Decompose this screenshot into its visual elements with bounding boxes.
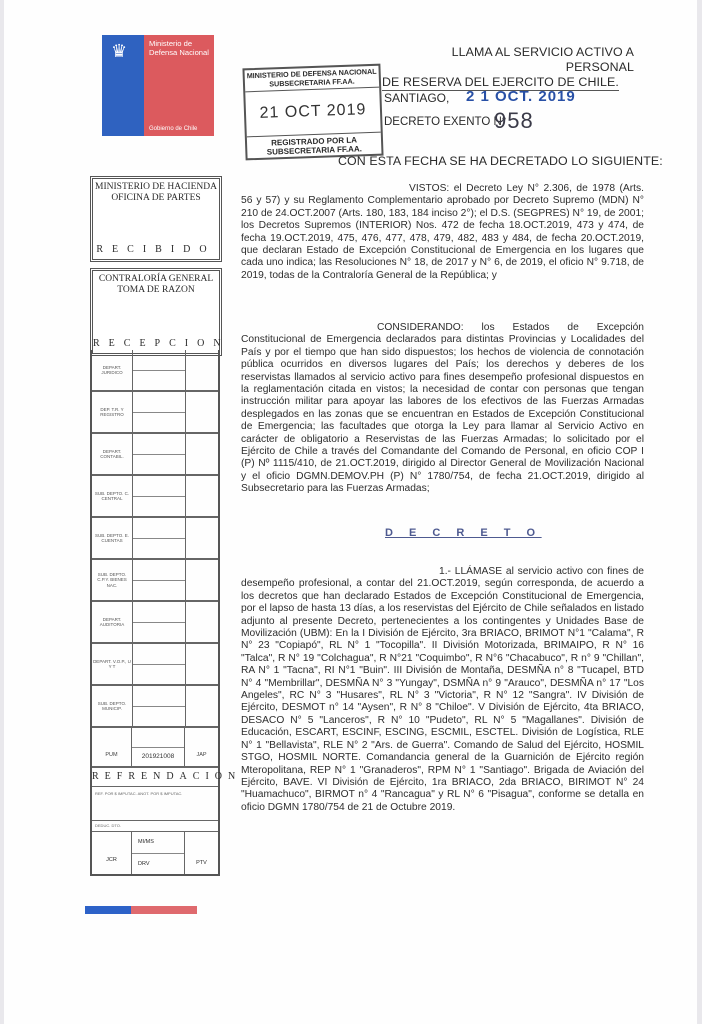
hacienda-stamp-box: MINISTERIO DE HACIENDA OFICINA DE PARTES…	[90, 176, 222, 262]
form-row: SUB. DEPTO. C. CENTRAL	[92, 476, 218, 518]
footer-bar-blue	[85, 906, 131, 914]
contraloria-line-1: CONTRALORÍA GENERAL	[93, 271, 219, 285]
city-label: SANTIAGO,	[384, 91, 449, 105]
contraloria-stamp-box: CONTRALORÍA GENERAL TOMA DE RAZON RECEPC…	[90, 268, 222, 356]
initials-ptv: PTV	[185, 832, 218, 874]
form-row-label: DEPART. CONTABIL.	[92, 434, 133, 474]
logo-government: Gobierno de Chile	[149, 126, 197, 132]
stamp-date: 21 OCT 2019	[245, 88, 380, 138]
pum-row: PUM 201921008 JAP	[92, 728, 218, 768]
form-row-label: DEPART. AUDITORIA	[92, 602, 133, 642]
form-row: DEPART. JURIDICO	[92, 350, 218, 392]
form-row: DEPART. V.O.P., U y T	[92, 644, 218, 686]
form-row: DEPART. CONTABIL.	[92, 434, 218, 476]
logo-blue-panel: ♛	[102, 35, 144, 136]
form-row-label: DEPART. JURIDICO	[92, 350, 133, 390]
hacienda-line-1: MINISTERIO DE HACIENDA	[93, 179, 219, 193]
article-1-lead: 1.- LLÁMASE	[439, 566, 502, 577]
vistos-paragraph: VISTOS: el Decreto Ley N° 2.306, de 1978…	[241, 183, 644, 282]
contraloria-line-2: TOMA DE RAZON	[93, 285, 219, 296]
considerando-lead: CONSIDERANDO:	[377, 322, 464, 333]
signature-row: JCR MI/MSDRV PTV	[92, 832, 218, 874]
reception-grid: DEPART. JURIDICO DEP. T.R. Y REGISTRO DE…	[90, 350, 220, 876]
footer-bar-red	[131, 906, 197, 914]
decree-number-label: DECRETO EXENTO N°	[384, 116, 506, 128]
vistos-text: el Decreto Ley N° 2.306, de 1978 (Arts. …	[241, 183, 644, 281]
form-row: DEP. T.R. Y REGISTRO	[92, 392, 218, 434]
vistos-lead: VISTOS:	[409, 183, 449, 194]
article-1-text: al servicio activo con fines de desempeñ…	[241, 566, 644, 813]
title-line-1: LLAMA AL SERVICIO ACTIVO A PERSONAL	[382, 45, 634, 75]
logo-ministry-name: Ministerio de Defensa Nacional	[149, 39, 214, 57]
form-row: SUB. DEPTO. C.P.Y. BIENES NAC.	[92, 560, 218, 602]
decree-title: LLAMA AL SERVICIO ACTIVO A PERSONAL DE R…	[382, 45, 634, 91]
pum-value: 201921008	[132, 748, 184, 767]
hacienda-line-2: OFICINA DE PARTES	[93, 193, 219, 204]
form-row-label: DEPART. V.O.P., U y T	[92, 644, 133, 684]
form-row: SUB. DEPTO. E. CUENTAS	[92, 518, 218, 560]
form-row: SUB. DEPTO. MUNICIP.	[92, 686, 218, 728]
form-row-label: SUB. DEPTO. C.P.Y. BIENES NAC.	[92, 560, 133, 600]
footer-color-bar	[85, 906, 197, 914]
initials-drv: DRV	[132, 854, 184, 875]
decree-number: 958	[494, 108, 534, 134]
pum-label: PUM	[92, 728, 132, 766]
form-row-label: SUB. DEPTO. E. CUENTAS	[92, 518, 133, 558]
article-1-paragraph: 1.- LLÁMASE al servicio activo con fines…	[241, 566, 644, 814]
coat-of-arms-icon: ♛	[111, 41, 127, 62]
mdn-registration-stamp: MINISTERIO DE DEFENSA NACIONAL SUBSECRET…	[242, 64, 383, 161]
pum-right-label: JAP	[185, 728, 218, 766]
initials-jcr: JCR	[92, 832, 132, 874]
form-row-label: SUB. DEPTO. MUNICIP.	[92, 686, 133, 726]
considerando-paragraph: CONSIDERANDO: los Estados de Excepción C…	[241, 322, 644, 496]
decree-date-stamp: 2 1 OCT. 2019	[466, 88, 576, 105]
refrendacion-details: REF. POR $ IMPUTAC. ANOT. POR $ IMPUTAC.	[92, 787, 218, 821]
refrendacion-deduc: DEDUC. DTO.	[92, 821, 218, 832]
decreto-heading: D E C R E T O	[385, 527, 542, 539]
contraloria-status: RECEPCION	[93, 338, 219, 349]
form-row-label: DEP. T.R. Y REGISTRO	[92, 392, 133, 432]
hacienda-status: RECIBIDO	[93, 244, 219, 255]
form-row: DEPART. AUDITORIA	[92, 602, 218, 644]
refrendacion-title: REFRENDACION	[92, 768, 218, 787]
ministry-logo: ♛ Ministerio de Defensa Nacional Gobiern…	[102, 35, 214, 136]
decree-intro: CON ESTA FECHA SE HA DECRETADO LO SIGUIE…	[338, 154, 663, 168]
initials-mims: MI/MS	[132, 832, 184, 854]
logo-red-panel: Ministerio de Defensa Nacional Gobierno …	[144, 35, 214, 136]
considerando-text: los Estados de Excepción Constitucional …	[241, 322, 644, 494]
form-row-label: SUB. DEPTO. C. CENTRAL	[92, 476, 133, 516]
